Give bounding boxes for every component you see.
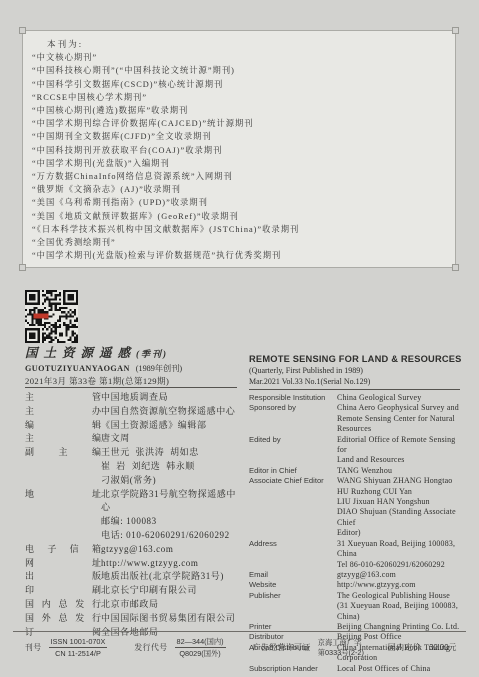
indexing-item: “中国学术期刊(光盘版)”入编期刊 — [32, 157, 447, 170]
cn-masthead-row: 国外总发行中国国际图书贸易集团有限公司 — [25, 612, 237, 626]
en-row-value-line: Remote Sensing Center for Natural — [337, 414, 460, 424]
en-masthead-row: PublisherThe Geological Publishing House… — [249, 591, 460, 622]
cn-masthead-row: 出版地质出版社(北京学院路31号) — [25, 570, 237, 584]
issn-label: 刊号 — [25, 642, 42, 653]
journal-frequency-cn: (季刊) — [136, 349, 168, 359]
ad-license-line2: 第0333号(2-2) — [318, 648, 364, 657]
cn-row-value: 唐文周 — [101, 432, 237, 446]
indexing-item: “中国学术期刊综合评价数据库(CAJCED)”统计源期刊 — [32, 117, 447, 130]
distribution-code-label: 发行代号 — [134, 642, 167, 653]
indexing-item: “中国科学引文数据库(CSCD)”核心统计源期刊 — [32, 78, 447, 91]
box-corner-ornament — [452, 264, 459, 271]
en-row-value: Editorial Office of Remote Sensing forLa… — [337, 435, 460, 466]
en-masthead-row: Editor in ChiefTANG Wenzhou — [249, 466, 460, 476]
en-masthead-row: Emailgtzyyg@163.com — [249, 570, 460, 580]
masthead: 国土资源遥感(季刊) GUOTUZIYUANYAOGAN(1989年创刊) 20… — [25, 290, 460, 674]
cn-masthead-row: 印刷北京长宁印刷有限公司 — [25, 584, 237, 598]
cn-masthead-row: 主管中国地质调查局 — [25, 391, 237, 405]
indexing-item: “中国学术期刊(光盘版)检索与评价数据规范”执行优秀奖期刊 — [32, 249, 447, 262]
en-row-label: Website — [249, 580, 337, 590]
cn-row-value-line: 邮编: 100083 — [101, 515, 237, 529]
en-row-value: 31 Xueyuan Road, Beijing 100083, ChinaTe… — [337, 539, 460, 570]
cn-row-value-line: 北京学院路31号航空物探遥感中心 — [101, 488, 237, 516]
issn-cn-numbers: ISSN 1001-070X CN 11-2514/P — [49, 637, 108, 658]
cn-row-label: 印刷 — [25, 584, 101, 598]
indexing-item: “全国优秀测绘期刊” — [32, 236, 447, 249]
en-row-value-line: LIU Jixuan HAN Yongshun — [337, 497, 460, 507]
cn-row-value-line: 唐文周 — [101, 432, 237, 446]
cn-row-value-line: 地质出版社(北京学院路31号) — [101, 570, 237, 584]
cn-row-label: 国内总发行 — [25, 598, 101, 612]
en-row-value-line: http://www.gtzyyg.com — [337, 580, 460, 590]
cn-row-value-line: 刁淑娟(常务) — [101, 474, 237, 488]
indexing-item: “中国科技核心期刊”(“中国科技论文统计源”期刊) — [32, 64, 447, 77]
footer: 刊号 ISSN 1001-070X CN 11-2514/P 发行代号 82—3… — [25, 637, 469, 658]
cn-masthead-row: 主编唐文周 — [25, 432, 237, 446]
cn-masthead-row: 编辑《国土资源遥感》编辑部 — [25, 419, 237, 433]
cn-row-value: 北京市邮政局 — [101, 598, 237, 612]
en-row-value: WANG Shiyuan ZHANG HongtaoHU Ruzhong CUI… — [337, 476, 460, 538]
en-row-label: Editor in Chief — [249, 466, 337, 476]
en-row-label: Edited by — [249, 435, 337, 466]
cn-row-value-line: 中国国际图书贸易集团有限公司 — [101, 612, 237, 626]
journal-title-cn: 国土资源遥感(季刊) — [25, 346, 237, 362]
en-masthead-row: Edited byEditorial Office of Remote Sens… — [249, 435, 460, 466]
ad-license-line1: 京海工商广字 — [318, 638, 362, 647]
en-row-value-line: The Geological Publishing House — [337, 591, 460, 601]
en-row-value: http://www.gtzyyg.com — [337, 580, 460, 590]
cn-number: CN 11-2514/P — [55, 648, 101, 658]
indexing-item: “中文核心期刊” — [32, 51, 447, 64]
issue-line-en: Mar.2021 Vol.33 No.1(Serial No.129) — [249, 376, 460, 387]
cn-row-value: http://www.gtzyyg.com — [101, 557, 237, 571]
indexing-item: “《日本科学技术振兴机构中国文献数据库》(JSTChina)”收录期刊 — [32, 223, 447, 236]
en-row-value: gtzyyg@163.com — [337, 570, 460, 580]
en-masthead-row: Associate Chief EditorWANG Shiyuan ZHANG… — [249, 476, 460, 538]
en-row-value: Local Post Offices of China — [337, 664, 460, 674]
en-row-value: The Geological Publishing House(31 Xueyu… — [337, 591, 460, 622]
cn-rows: 主管中国地质调查局主办中国自然资源航空物探遥感中心编辑《国土资源遥感》编辑部主编… — [25, 388, 237, 639]
en-row-label: Subscription Hander — [249, 664, 337, 674]
cn-row-value: 地质出版社(北京学院路31号) — [101, 570, 237, 584]
en-row-value-line: China Geological Survey — [337, 393, 460, 403]
cn-row-value-line: 《国土资源遥感》编辑部 — [101, 419, 237, 433]
en-row-label: Publisher — [249, 591, 337, 622]
en-row-value: China Aero Geophysical Survey andRemote … — [337, 403, 460, 434]
cn-row-value-line: 王世元 张洪涛 胡如忠 — [101, 446, 237, 460]
en-row-value-line: 31 Xueyuan Road, Beijing 100083, China — [337, 539, 460, 560]
english-header: REMOTE SENSING FOR LAND & RESOURCES (Qua… — [249, 346, 460, 390]
indexing-item: “中国期刊全文数据库(CJFD)”全文收录期刊 — [32, 130, 447, 143]
issue-line-cn: 2021年3月 第33卷 第1期(总第129期) — [25, 375, 237, 388]
box-corner-ornament — [452, 27, 459, 34]
en-row-value-line: (31 Xueyuan Road, Beijing 100083, China) — [337, 601, 460, 622]
en-row-label: Email — [249, 570, 337, 580]
distribution-codes: 82—344(国内) Q8029(国外) — [175, 637, 226, 658]
en-row-value-line: Tel 86-010-62060291/62060292 — [337, 560, 460, 570]
indexing-item: “中国科技期刊开放获取平台(COAJ)”收录期刊 — [32, 144, 447, 157]
indexing-heading: 本刊为: — [32, 38, 447, 51]
cn-row-value: 《国土资源遥感》编辑部 — [101, 419, 237, 433]
cn-row-value: 中国地质调查局 — [101, 391, 237, 405]
en-masthead-row: Responsible InstitutionChina Geological … — [249, 393, 460, 403]
journal-pinyin-line: GUOTUZIYUANYAOGAN(1989年创刊) — [25, 362, 237, 375]
journal-title-cn-text: 国土资源遥感 — [25, 346, 136, 360]
cn-masthead-row: 主办中国自然资源航空物探遥感中心 — [25, 405, 237, 419]
journal-subtitle-en: (Quarterly, First Published in 1989) — [249, 365, 460, 376]
box-corner-ornament — [19, 27, 26, 34]
en-row-value: TANG Wenzhou — [337, 466, 460, 476]
en-row-label: Responsible Institution — [249, 393, 337, 403]
price-label: 国内定价 — [388, 642, 421, 653]
cn-row-label: 地址 — [25, 488, 101, 543]
qr-code — [25, 290, 78, 343]
cn-row-value: 北京学院路31号航空物探遥感中心邮编: 100083电话: 010-620602… — [101, 488, 237, 543]
journal-colophon-page: 本刊为: “中文核心期刊”“中国科技核心期刊”(“中国科技论文统计源”期刊)“中… — [0, 0, 479, 677]
cn-row-label: 副主编 — [25, 446, 101, 487]
indexing-item: “RCCSE中国核心学术期刊” — [32, 91, 447, 104]
cn-row-label: 编辑 — [25, 419, 101, 433]
chinese-masthead: 国土资源遥感(季刊) GUOTUZIYUANYAOGAN(1989年创刊) 20… — [25, 346, 237, 674]
en-row-label: Associate Chief Editor — [249, 476, 337, 538]
distribution-code-domestic: 82—344(国内) — [175, 637, 226, 648]
cn-row-value-line: 中国地质调查局 — [101, 391, 237, 405]
chinese-header: 国土资源遥感(季刊) GUOTUZIYUANYAOGAN(1989年创刊) 20… — [25, 346, 237, 388]
english-masthead: REMOTE SENSING FOR LAND & RESOURCES (Qua… — [249, 346, 460, 674]
journal-pinyin: GUOTUZIYUANYAOGAN — [25, 364, 130, 373]
cn-masthead-row: 电子信箱gtzyyg@163.com — [25, 543, 237, 557]
indexing-item: “中国核心期刊(遴选)数据库”收录期刊 — [32, 104, 447, 117]
journal-title-en: REMOTE SENSING FOR LAND & RESOURCES — [249, 353, 460, 365]
ad-license-label: 广告经营许可证 — [253, 642, 311, 653]
en-row-value-line: Local Post Offices of China — [337, 664, 460, 674]
cn-row-label: 主管 — [25, 391, 101, 405]
masthead-columns: 国土资源遥感(季刊) GUOTUZIYUANYAOGAN(1989年创刊) 20… — [25, 346, 460, 674]
ad-license-number: 京海工商广字 第0333号(2-2) — [318, 638, 364, 657]
en-row-label: Sponsored by — [249, 403, 337, 434]
cn-row-value-line: 中国自然资源航空物探遥感中心 — [101, 405, 237, 419]
price-value: 30.00元 — [429, 642, 456, 653]
indexing-list: “中文核心期刊”“中国科技核心期刊”(“中国科技论文统计源”期刊)“中国科学引文… — [32, 51, 447, 262]
cn-row-value-line: 北京长宁印刷有限公司 — [101, 584, 237, 598]
distribution-code-abroad: Q8029(国外) — [179, 648, 220, 658]
en-row-value-line: TANG Wenzhou — [337, 466, 460, 476]
box-corner-ornament — [19, 264, 26, 271]
cn-row-value: gtzyyg@163.com — [101, 543, 237, 557]
en-row-value-line: DIAO Shujuan (Standing Associate Chief — [337, 507, 460, 528]
cn-masthead-row: 网址http://www.gtzyyg.com — [25, 557, 237, 571]
cn-row-label: 电子信箱 — [25, 543, 101, 557]
en-row-value-line: HU Ruzhong CUI Yan — [337, 487, 460, 497]
footer-divider — [13, 631, 466, 632]
cn-row-value-line: gtzyyg@163.com — [101, 543, 237, 557]
indexing-item: “万方数据ChinaInfo网络信息资源系统”入网期刊 — [32, 170, 447, 183]
cn-row-value-line: 电话: 010-62060291/62060292 — [101, 529, 237, 543]
en-masthead-row: Subscription HanderLocal Post Offices of… — [249, 664, 460, 674]
en-row-value-line: Land and Resources — [337, 455, 460, 465]
cn-row-value-line: 北京市邮政局 — [101, 598, 237, 612]
en-masthead-row: Address31 Xueyuan Road, Beijing 100083, … — [249, 539, 460, 570]
cn-row-value-line: http://www.gtzyyg.com — [101, 557, 237, 571]
cn-row-value: 中国自然资源航空物探遥感中心 — [101, 405, 237, 419]
indexing-item: “美国《乌利希期刊指南》(UPD)”收录期刊 — [32, 196, 447, 209]
cn-masthead-row: 国内总发行北京市邮政局 — [25, 598, 237, 612]
cn-row-label: 主办 — [25, 405, 101, 419]
indexing-item: “美国《地质文献预评数据库》(GeoRef)”收录期刊 — [32, 210, 447, 223]
en-masthead-row: Websitehttp://www.gtzyyg.com — [249, 580, 460, 590]
cn-masthead-row: 地址北京学院路31号航空物探遥感中心邮编: 100083电话: 010-6206… — [25, 488, 237, 543]
en-row-value-line: Editorial Office of Remote Sensing for — [337, 435, 460, 456]
cn-masthead-row: 副主编王世元 张洪涛 胡如忠崔 岩 刘纪选 韩永顺刁淑娟(常务) — [25, 446, 237, 487]
indexing-item: “俄罗斯《文摘杂志》(AJ)”收录期刊 — [32, 183, 447, 196]
en-row-value-line: Editor) — [337, 528, 460, 538]
cn-row-value: 王世元 张洪涛 胡如忠崔 岩 刘纪选 韩永顺刁淑娟(常务) — [101, 446, 237, 487]
cn-row-value: 北京长宁印刷有限公司 — [101, 584, 237, 598]
cn-row-label: 主编 — [25, 432, 101, 446]
cn-row-value: 中国国际图书贸易集团有限公司 — [101, 612, 237, 626]
cn-row-label: 出版 — [25, 570, 101, 584]
issn-number: ISSN 1001-070X — [49, 637, 108, 648]
en-row-value: China Geological Survey — [337, 393, 460, 403]
journal-founded-cn: (1989年创刊) — [136, 364, 182, 373]
cn-row-value-line: 崔 岩 刘纪选 韩永顺 — [101, 460, 237, 474]
en-row-value-line: Resources — [337, 424, 460, 434]
cn-row-label: 国外总发行 — [25, 612, 101, 626]
en-row-label: Address — [249, 539, 337, 570]
en-masthead-row: Sponsored byChina Aero Geophysical Surve… — [249, 403, 460, 434]
en-row-value-line: WANG Shiyuan ZHANG Hongtao — [337, 476, 460, 486]
en-row-value-line: China Aero Geophysical Survey and — [337, 403, 460, 413]
en-row-value-line: gtzyyg@163.com — [337, 570, 460, 580]
indexing-box: 本刊为: “中文核心期刊”“中国科技核心期刊”(“中国科技论文统计源”期刊)“中… — [22, 30, 456, 268]
cn-row-label: 网址 — [25, 557, 101, 571]
